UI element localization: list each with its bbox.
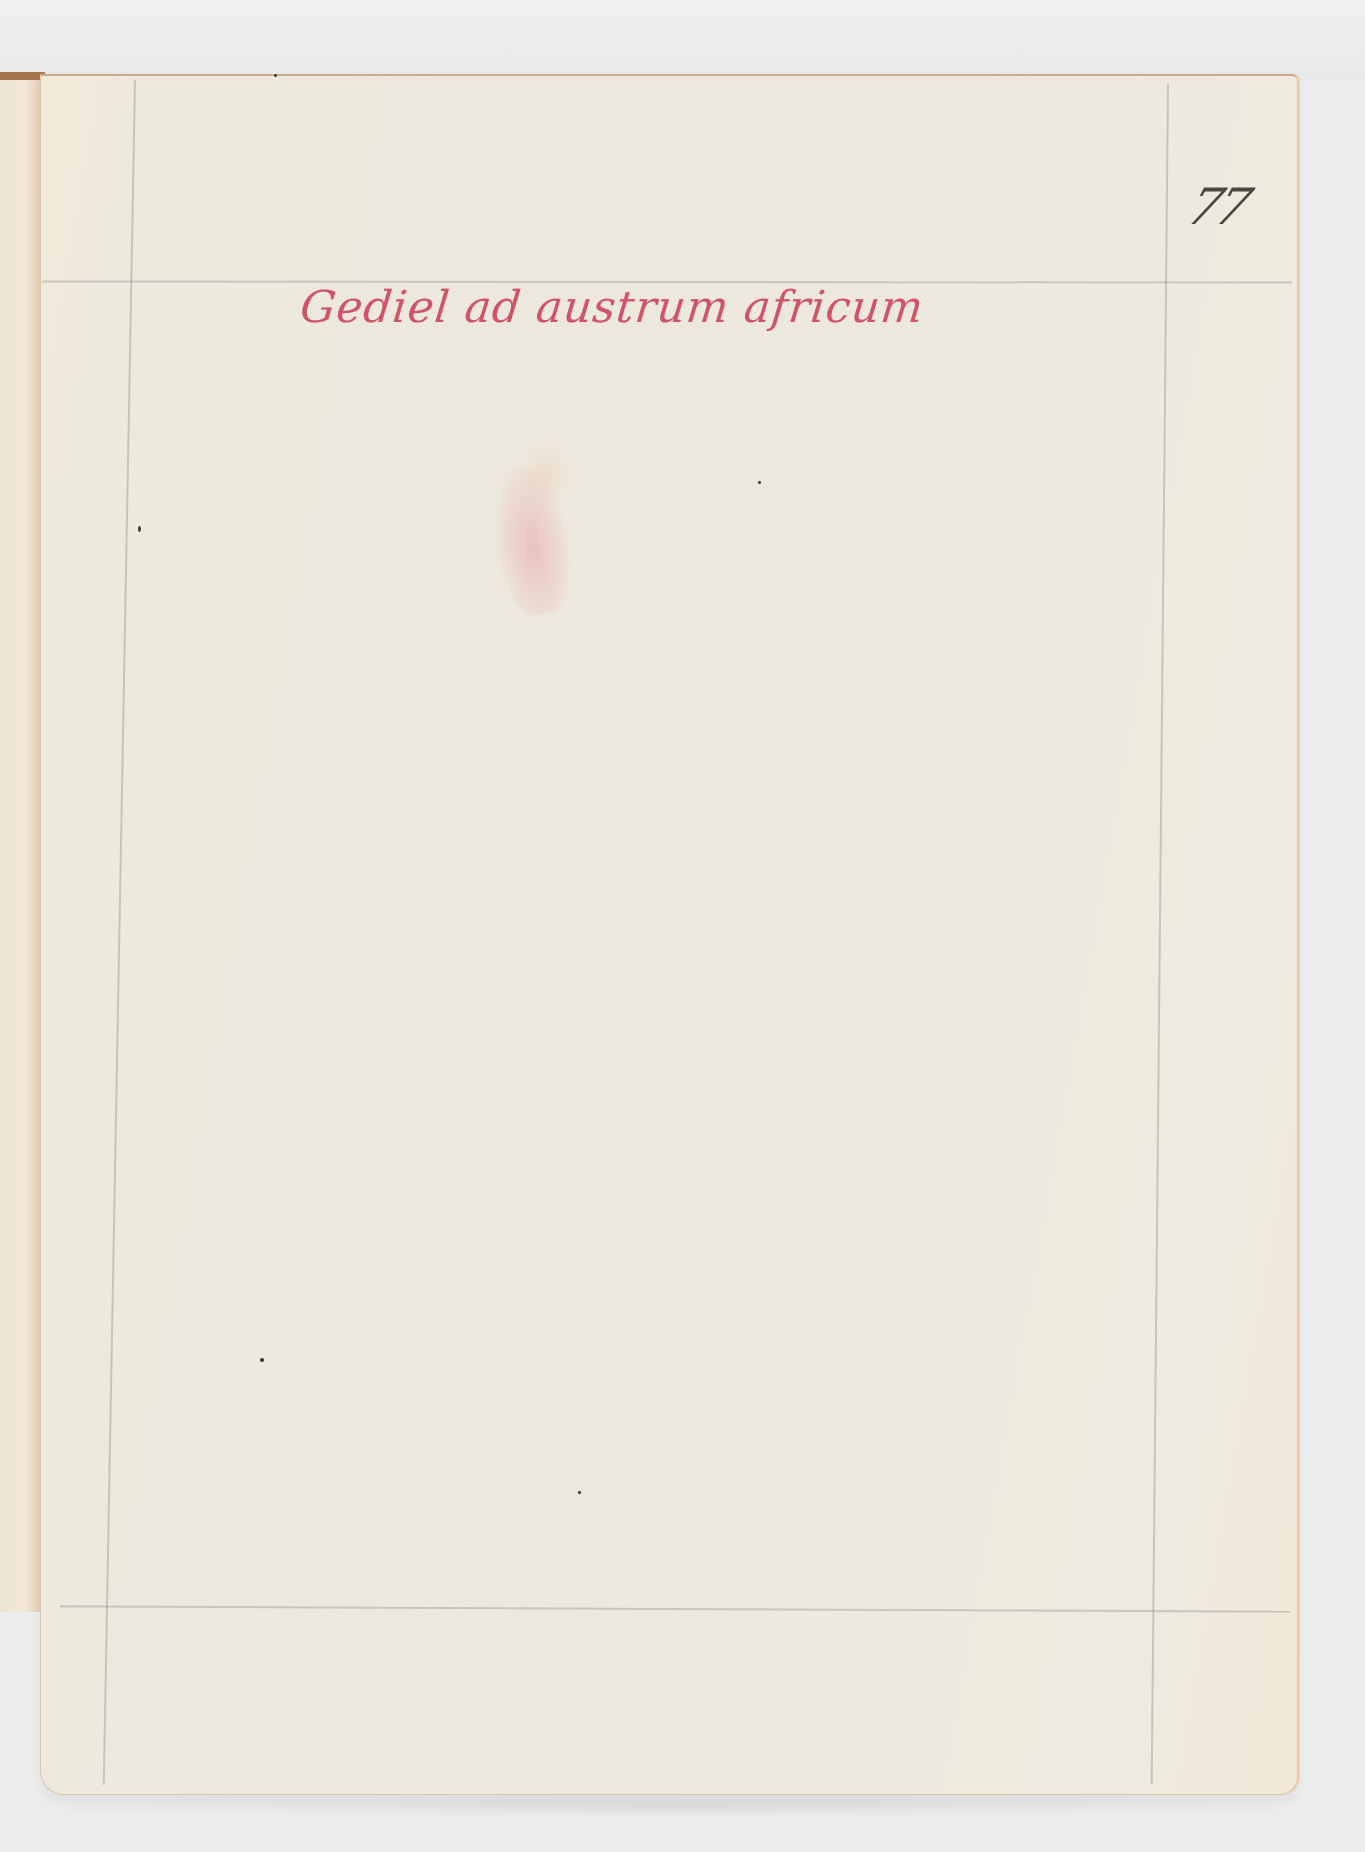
paper-speck xyxy=(138,526,141,532)
previous-page-edge xyxy=(0,72,45,1612)
paper-speck xyxy=(578,1491,581,1494)
scan-backdrop xyxy=(0,0,1365,80)
paper-speck xyxy=(260,1358,264,1362)
section-heading: Gediel ad austrum africum xyxy=(297,282,1003,342)
paper-speck xyxy=(274,74,277,77)
paper-speck xyxy=(758,481,761,484)
binding-edge xyxy=(0,72,42,80)
